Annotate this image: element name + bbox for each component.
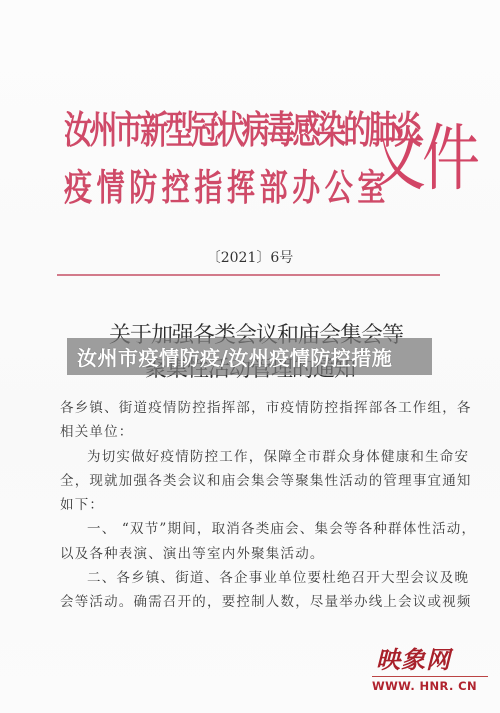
body-line: 以及各种表演、演出等室内外聚集活动。: [60, 542, 445, 566]
body-line: 相关单位：: [60, 420, 445, 444]
authority-line-1: 汝州市新型冠状病毒感染的肺炎: [64, 112, 420, 150]
document-page: 汝州市新型冠状病毒感染的肺炎 疫情防控指挥部办公室 文件 〔2021〕6号 关于…: [0, 0, 500, 713]
document-body: 各乡镇、街道疫情防控指挥部，市疫情防控指挥部各工作组，各 相关单位： 为切实做好…: [60, 396, 445, 615]
site-watermark: 映象网 WWW. HNR. CN: [372, 648, 492, 693]
body-line: 为切实做好疫情防控工作，保障全市群众身体健康和生命安: [60, 445, 445, 469]
body-line: 如下：: [60, 493, 445, 517]
caption-overlay: 汝州市疫情防疫/汝州疫情防控措施: [67, 338, 432, 375]
body-line: 全，现就加强各类会议和庙会集会等聚集性活动的管理事宜通知: [60, 469, 445, 493]
body-line: 二、各乡镇、街道、各企事业单位要杜绝召开大型会议及晚: [60, 566, 445, 590]
body-line: 一、 “双节”期间，取消各类庙会、集会等各种群体性活动，: [60, 517, 445, 541]
red-header-divider: [57, 274, 440, 276]
document-number: 〔2021〕6号: [0, 247, 500, 267]
caption-text: 汝州市疫情防疫/汝州疫情防控措施: [77, 342, 392, 371]
watermark-logo: 映象网: [372, 648, 492, 672]
document-type-label: 文件: [368, 122, 476, 195]
watermark-divider: [372, 676, 488, 677]
body-line: 各乡镇、街道疫情防控指挥部，市疫情防控指挥部各工作组，各: [60, 396, 445, 420]
body-line: 会等活动。确需召开的，要控制人数，尽量举办线上会议或视频: [60, 590, 445, 614]
document-number-text: 〔2021〕6号: [207, 250, 294, 266]
watermark-url: WWW. HNR. CN: [372, 679, 492, 693]
authority-line-2: 疫情防控指挥部办公室: [64, 170, 390, 206]
